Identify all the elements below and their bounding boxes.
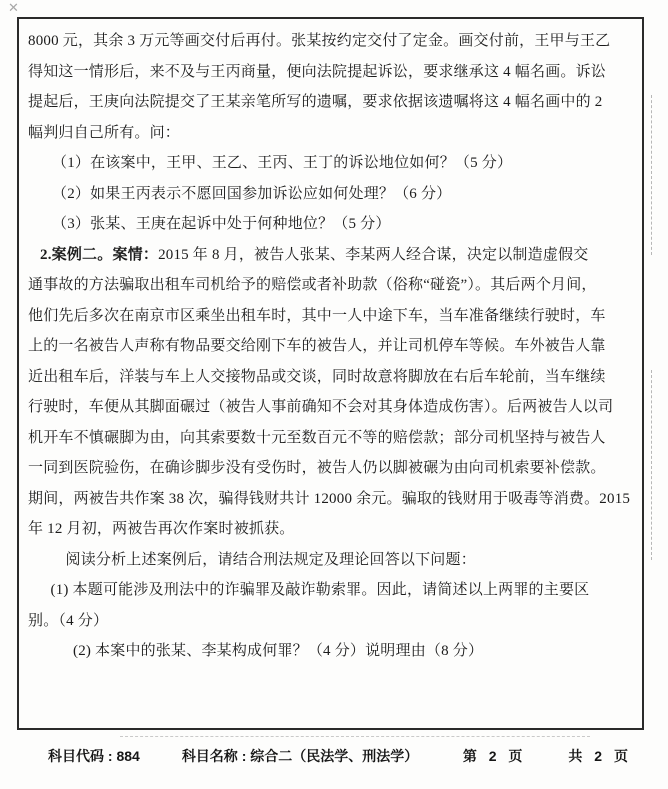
scan-artifact-line xyxy=(120,736,590,737)
page-number-group: 第 2 页 共 2 页 xyxy=(463,746,628,766)
scan-corner-mark: ✕ xyxy=(8,1,19,16)
case-heading-rest: 2015 年 8 月，被告人张某、李某两人经合谋，决定以制造虚假交 xyxy=(158,247,588,263)
text-line: 行驶时，车便从其脚面碾过（被告人事前确知不会对其身体造成伤害）。后两被告人以司 xyxy=(28,392,634,423)
subject-name: 科目名称 : 综合二（民法学、刑法学） xyxy=(182,746,418,766)
text-line: 8000 元，其余 3 万元等画交付后再付。张某按约定交付了定金。画交付前，王甲… xyxy=(28,26,634,57)
subject-code: 科目代码 : 884 xyxy=(48,746,140,766)
text-line: 上的一名被告人声称有物品要交给刚下车的被告人，并让司机停车等候。车外被告人靠 xyxy=(28,331,634,362)
text-line: 幅判归自己所有。问： xyxy=(28,118,634,149)
question-line: (1) 本题可能涉及刑法中的诈骗罪及敲诈勒索罪。因此，请简述以上两罪的主要区 xyxy=(28,575,634,606)
page-footer: 科目代码 : 884 科目名称 : 综合二（民法学、刑法学） 第 2 页 共 2… xyxy=(0,746,668,766)
page-current: 第 2 页 xyxy=(463,746,523,766)
text-line: 一同到医院验伤，在确诊脚步没有受伤时，被告人仍以脚被碾为由向司机索要补偿款。 xyxy=(28,453,634,484)
instruction-line: 阅读分析上述案例后，请结合刑法规定及理论回答以下问题： xyxy=(28,545,634,576)
exam-page-border: 8000 元，其余 3 万元等画交付后再付。张某按约定交付了定金。画交付前，王甲… xyxy=(17,17,644,730)
text-line: 期间，两被告共作案 38 次，骗得钱财共计 12000 余元。骗取的钱财用于吸毒… xyxy=(28,484,634,515)
question-line: （3）张某、王庚在起诉中处于何种地位？（5 分） xyxy=(28,209,634,240)
scan-artifact-line xyxy=(651,370,652,560)
text-line: 年 12 月初，两被告再次作案时被抓获。 xyxy=(28,514,634,545)
page-total: 共 2 页 xyxy=(568,746,628,766)
text-line: 机开车不慎碾脚为由，向其索要数十元至数百元不等的赔偿款；部分司机坚持与被告人 xyxy=(28,423,634,454)
question-line: (2) 本案中的张某、李某构成何罪？（4 分）说明理由（8 分） xyxy=(28,636,634,667)
case-heading-line: 2.案例二。案情：2015 年 8 月，被告人张某、李某两人经合谋，决定以制造虚… xyxy=(28,240,634,271)
question-line: 别。（4 分） xyxy=(28,606,634,637)
text-line: 提起后，王庚向法院提交了王某亲笔所写的遗嘱，要求依据该遗嘱将这 4 幅名画中的 … xyxy=(28,87,634,118)
question-line: （1）在该案中，王甲、王乙、王丙、王丁的诉讼地位如何？（5 分） xyxy=(28,148,634,179)
text-line: 通事故的方法骗取出租车司机给予的赔偿或者补助款（俗称“碰瓷”）。其后两个月间， xyxy=(28,270,634,301)
case-heading-label: 2.案例二。案情： xyxy=(40,247,158,263)
text-line: 他们先后多次在南京市区乘坐出租车时，其中一人中途下车，当车准备继续行驶时，车 xyxy=(28,301,634,332)
question-line: （2）如果王丙表示不愿回国参加诉讼应如何处理？（6 分） xyxy=(28,179,634,210)
text-line: 得知这一情形后，来不及与王丙商量，便向法院提起诉讼，要求继承这 4 幅名画。诉讼 xyxy=(28,57,634,88)
text-line: 近出租车后，洋装与车上人交接物品或交谈，同时故意将脚放在右后车轮前，当车继续 xyxy=(28,362,634,393)
scan-artifact-line xyxy=(651,95,652,255)
